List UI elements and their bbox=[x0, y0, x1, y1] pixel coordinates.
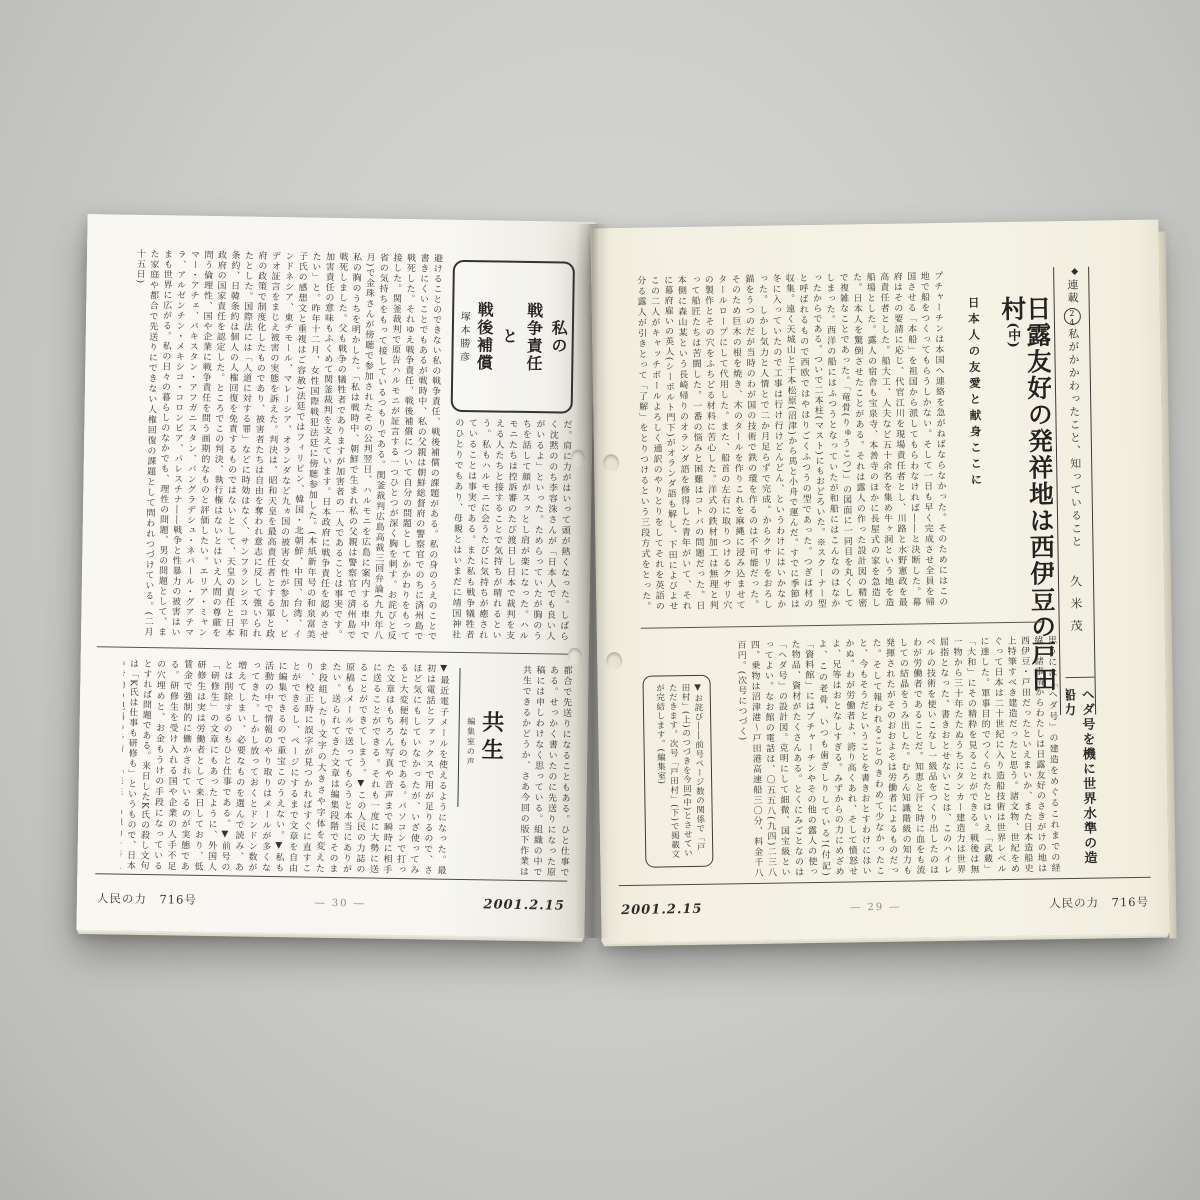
article-author: 塚本勝彦 bbox=[454, 278, 471, 398]
series-label: 連載 bbox=[1063, 279, 1080, 305]
right-page-content: ◆ 連載 24 私がかかわったこと、知っていること 久米茂 日露友好の発祥地は西… bbox=[590, 220, 1169, 943]
article-title-box: 私の 戦争責任 と 戦後補償 塚本勝彦 bbox=[451, 260, 575, 414]
headline-part-note: (中) bbox=[1005, 322, 1020, 348]
section-divider-rule bbox=[641, 621, 1043, 628]
kyosei-body-text: ▼最近電子メールを使えるようになった。最初は電話とファックスで用が足りるので、さ… bbox=[120, 659, 449, 876]
series-number: 24 bbox=[1063, 308, 1080, 325]
article-title-line: 戦争責任 bbox=[520, 275, 547, 399]
right-page-footer: 2001.2.15 ― 29 ― 人民の力 716号 bbox=[621, 894, 1149, 918]
article-title-line: 戦後補償 bbox=[470, 274, 497, 398]
series-title: 私がかかわったこと、知っていること bbox=[1064, 328, 1084, 549]
kyosei-title: 共生 bbox=[476, 710, 508, 765]
article-text-under-title: だ。肩に力がはいって頭が熱くなった。しばらく沈黙ののち李容洙さんが「日本人でも良… bbox=[451, 418, 572, 642]
journal-name: 人民の力 716号 bbox=[1049, 894, 1149, 912]
punch-hole bbox=[568, 648, 582, 664]
heda-article-upper-text: プチャーチンは本国へ連絡を急がねばならなかった。そのためにはこの地で船をつくって… bbox=[635, 271, 948, 612]
punch-hole bbox=[603, 454, 619, 472]
article-title-line: と bbox=[495, 274, 522, 398]
punch-hole bbox=[571, 450, 585, 466]
left-page-footer: 人民の力 716号 ― 30 ― 2001.2.15 bbox=[97, 890, 565, 913]
article-title-line: 私の bbox=[544, 275, 571, 399]
right-page: ◆ 連載 24 私がかかわったこと、知っていること 久米茂 日露友好の発祥地は西… bbox=[590, 220, 1169, 943]
section-divider-rule bbox=[97, 646, 573, 654]
kyosei-lead-text: 都合で先送りになることもある。ひと仕事である。せっかく書いたのに先送りになった原… bbox=[517, 665, 572, 878]
issue-date: 2001.2.15 bbox=[621, 902, 703, 918]
magazine-spread-photo: 避けることのできない私の戦争責任、戦後補償の課題がある。私の身のうえのことで書き… bbox=[0, 0, 1200, 1200]
headline-text: 日露友好の発祥地は西伊豆の戸田村 bbox=[1002, 295, 1056, 693]
diamond-icon: ◆ bbox=[1063, 267, 1080, 279]
journal-name: 人民の力 716号 bbox=[97, 890, 197, 908]
article-title: 私の 戦争責任 と 戦後補償 塚本勝彦 bbox=[454, 274, 571, 400]
series-author: 久米茂 bbox=[1067, 574, 1085, 641]
subheadline: 日本人の友愛と献身ここに bbox=[962, 296, 986, 564]
punch-hole bbox=[606, 652, 622, 670]
apology-notice-box: ▼お詫び――前号ページ数の関係で「戸田村」(上)のつづきを今回(中)とさせていた… bbox=[642, 675, 713, 868]
kyosei-subtitle: 編集室の声 bbox=[465, 717, 477, 767]
kyosei-header: 共生 編集室の声 bbox=[457, 668, 510, 808]
issue-date: 2001.2.15 bbox=[483, 897, 565, 913]
page-number: ― 29 ― bbox=[850, 902, 901, 914]
page-number: ― 30 ― bbox=[315, 898, 366, 910]
war-responsibility-article-text: 避けることのできない私の戦争責任、戦後補償の課題がある。私の身のうえのことで書き… bbox=[97, 248, 443, 641]
left-page: 避けることのできない私の戦争責任、戦後補償の課題がある。私の身のうえのことで書き… bbox=[76, 214, 595, 938]
lower-section-heading: ヘダ号を機に世界水準の造船力 bbox=[1066, 677, 1099, 876]
kyosei-section: 都合で先送りになることもある。ひと仕事である。せっかく書いたのに先送りになった原… bbox=[93, 658, 572, 877]
heda-article-lower-section: ヘダ号を機に世界水準の造船力 思うには「ヘダ号」の建造をめぐるこれまでの経緯、諸… bbox=[641, 635, 1099, 880]
left-page-content: 避けることのできない私の戦争責任、戦後補償の課題がある。私の身のうえのことで書き… bbox=[76, 214, 595, 938]
heda-article-lower-text: 思うには「ヘダ号」の建造をめぐるこれまでの経緯、諸事情からわたしは日露友好のさき… bbox=[719, 635, 1061, 878]
